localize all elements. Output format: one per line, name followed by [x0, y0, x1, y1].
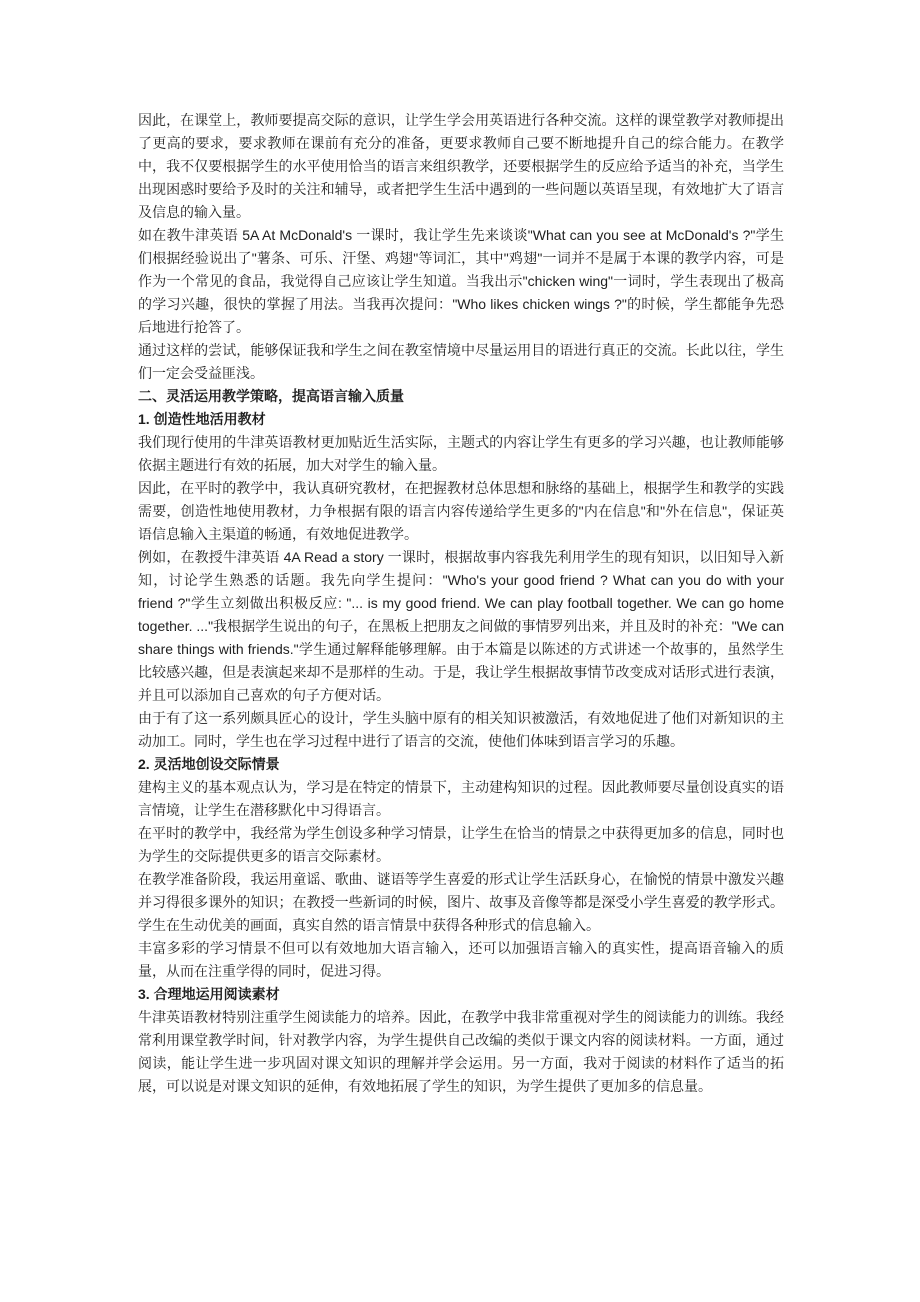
- paragraph: 在平时的教学中，我经常为学生创设多种学习情景，让学生在恰当的情景之中获得更加多的…: [138, 822, 784, 868]
- paragraph: 因此，在平时的教学中，我认真研究教材，在把握教材总体思想和脉络的基础上，根据学生…: [138, 477, 784, 546]
- subsection-heading: 2. 灵活地创设交际情景: [138, 753, 784, 776]
- paragraph: 在教学准备阶段，我运用童谣、歌曲、谜语等学生喜爱的形式让学生活跃身心，在愉悦的情…: [138, 868, 784, 937]
- section-heading: 二、灵活运用教学策略，提高语言输入质量: [138, 385, 784, 408]
- paragraph: 丰富多彩的学习情景不但可以有效地加大语言输入，还可以加强语言输入的真实性，提高语…: [138, 937, 784, 983]
- paragraph: 通过这样的尝试，能够保证我和学生之间在教室情境中尽量运用目的语进行真正的交流。长…: [138, 339, 784, 385]
- paragraph: 由于有了这一系列颇具匠心的设计，学生头脑中原有的相关知识被激活，有效地促进了他们…: [138, 707, 784, 753]
- paragraph: 牛津英语教材特别注重学生阅读能力的培养。因此，在教学中我非常重视对学生的阅读能力…: [138, 1006, 784, 1098]
- document-text-body: 因此，在课堂上，教师要提高交际的意识，让学生学会用英语进行各种交流。这样的课堂教…: [138, 109, 784, 1098]
- document-page: 因此，在课堂上，教师要提高交际的意识，让学生学会用英语进行各种交流。这样的课堂教…: [0, 0, 920, 1302]
- paragraph: 因此，在课堂上，教师要提高交际的意识，让学生学会用英语进行各种交流。这样的课堂教…: [138, 109, 784, 224]
- paragraph: 建构主义的基本观点认为，学习是在特定的情景下，主动建构知识的过程。因此教师要尽量…: [138, 776, 784, 822]
- subsection-heading: 3. 合理地运用阅读素材: [138, 983, 784, 1006]
- paragraph: 我们现行使用的牛津英语教材更加贴近生活实际，主题式的内容让学生有更多的学习兴趣，…: [138, 431, 784, 477]
- paragraph: 如在教牛津英语 5A At McDonald's 一课时，我让学生先来谈谈"Wh…: [138, 224, 784, 339]
- paragraph: 例如，在教授牛津英语 4A Read a story 一课时，根据故事内容我先利…: [138, 546, 784, 707]
- subsection-heading: 1. 创造性地活用教材: [138, 408, 784, 431]
